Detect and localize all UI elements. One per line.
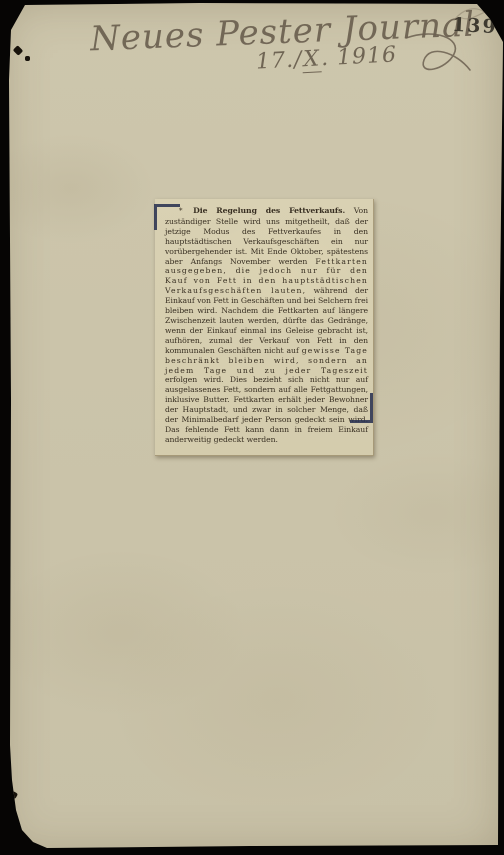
paper-speck [10, 791, 18, 799]
archive-page: Neues Pester Journal 17./X. 1916 139 * D… [0, 0, 504, 855]
handwriting-flourish-icon [404, 30, 474, 85]
newspaper-clipping: * Die Regelung des Fettverkaufs. Von zus… [155, 199, 374, 456]
clipping-article: * Die Regelung des Fettverkaufs. Von zus… [165, 206, 368, 445]
date-day: 17./ [255, 47, 303, 74]
paper-speck [13, 45, 24, 56]
article-segment: während der Einkauf von Fett in Geschäft… [165, 286, 368, 354]
article-headline: Die Regelung des Fettverkaufs. [193, 206, 345, 215]
article-segment: erfolgen wird. Dies bezieht sich nicht n… [165, 375, 368, 443]
paper-speck [6, 423, 10, 430]
date-month-roman-numeral: X [302, 46, 322, 73]
blue-bracket-start-icon [154, 204, 180, 230]
blue-bracket-end-icon [350, 393, 373, 423]
pencil-squiggle [450, 2, 502, 26]
scan-stage: Neues Pester Journal 17./X. 1916 139 * D… [0, 0, 504, 855]
paper-speck [25, 56, 30, 61]
date-year: . 1916 [320, 42, 397, 71]
